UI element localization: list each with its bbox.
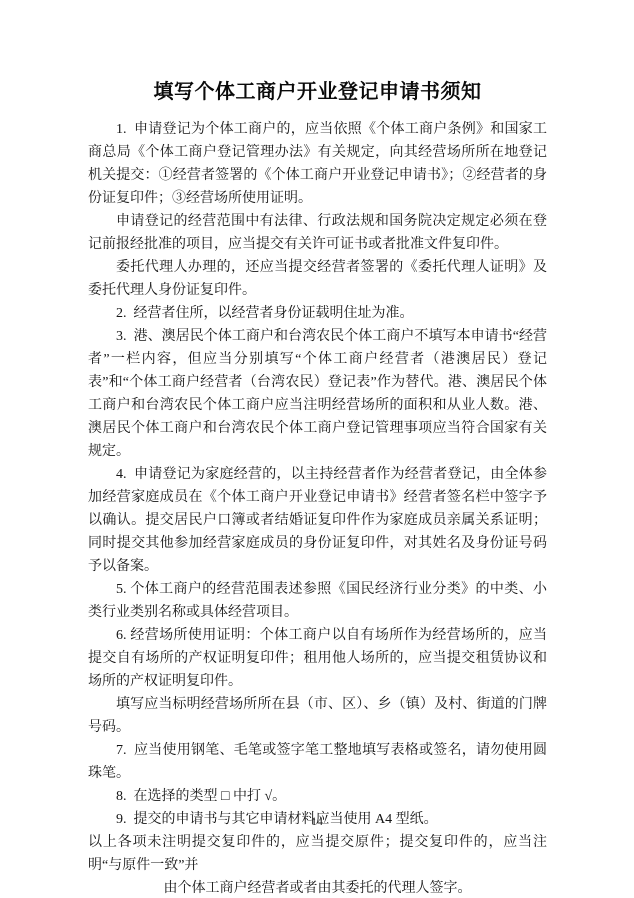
para-closing-line-1: 以上各项未注明提交复印件的，应当提交原件；提交复印件的，应当注明“与原件一致”并 [88,831,547,877]
para-item-2: 2. 经营者住所，以经营者身份证载明住址为准。 [88,302,547,325]
para-item-6: 6. 经营场所使用证明：个体工商户以自有场所作为经营场所的，应当提交自有场所的产… [88,624,547,693]
para-item-5: 5. 个体工商户的经营范围表述参照《国民经济行业分类》的中类、小类行业类别名称或… [88,578,547,624]
para-item-1-sub-1: 申请登记的经营范围中有法律、行政法规和国务院决定规定必须在登记前报经批准的项目，… [88,210,547,256]
document-title: 填写个体工商户开业登记申请书须知 [88,78,547,106]
page-number: 14 [0,814,634,829]
para-item-1-sub-2: 委托代理人办理的，还应当提交经营者签署的《委托代理人证明》及委托代理人身份证复印… [88,256,547,302]
document-page: 填写个体工商户开业登记申请书须知 1. 申请登记为个体工商户的，应当依照《个体工… [0,0,634,898]
para-item-4: 4. 申请登记为家庭经营的，以主持经营者作为经营者登记，由全体参加经营家庭成员在… [88,463,547,578]
para-item-6-sub-1: 填写应当标明经营场所所在县（市、区）、乡（镇）及村、街道的门牌号码。 [88,693,547,739]
para-item-7: 7. 应当使用钢笔、毛笔或签字笔工整地填写表格或签名，请勿使用圆珠笔。 [88,739,547,785]
para-item-1: 1. 申请登记为个体工商户的，应当依照《个体工商户条例》和国家工商总局《个体工商… [88,118,547,210]
para-closing-line-2: 由个体工商户经营者或者由其委托的代理人签字。 [88,877,547,898]
document-content: 填写个体工商户开业登记申请书须知 1. 申请登记为个体工商户的，应当依照《个体工… [88,78,547,898]
para-item-3: 3. 港、澳居民个体工商户和台湾农民个体工商户不填写本申请书“经营者”一栏内容，… [88,325,547,463]
para-item-8: 8. 在选择的类型 □ 中打 √。 [88,785,547,808]
